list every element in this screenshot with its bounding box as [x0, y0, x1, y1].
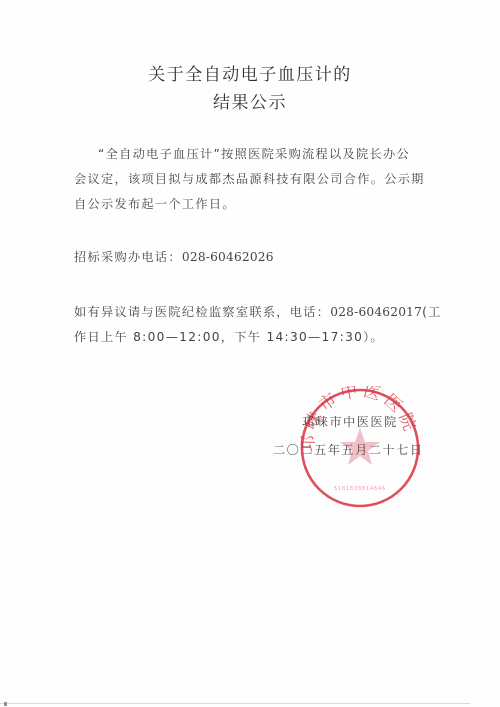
phone-label: 招标采购办电话：	[74, 250, 182, 264]
signature-date: 二〇二五年五月二十七日	[273, 441, 424, 458]
phone-number: 028-60462026	[182, 250, 274, 264]
scan-mark	[4, 702, 7, 706]
paragraph-procurement-phone: 招标采购办电话：028-60462026	[74, 245, 436, 270]
document-page: 关于全自动电子血压计的 结果公示 “全自动电子血压计”按照医院采购流程以及院长办…	[0, 0, 500, 707]
document-title-line2: 结果公示	[0, 88, 500, 113]
page-bottom-edge	[0, 703, 470, 704]
paragraph-line: 自公示发布起一个工作日。	[74, 192, 436, 217]
contact-text: 如有异议请与医院纪检监察室联系，电话：	[74, 305, 330, 319]
phone-number: 028-60462017	[330, 305, 422, 319]
paragraph-line: 会议定，该项目拟与成都杰品源科技有限公司合作。公示期	[74, 167, 436, 192]
paragraph-line: 招标采购办电话：028-60462026	[74, 245, 436, 270]
document-title-line1: 关于全自动电子血压计的	[0, 60, 500, 85]
svg-text:5101830014646: 5101830014646	[334, 486, 386, 492]
paragraph-announcement: “全自动电子血压计”按照医院采购流程以及院长办公 会议定，该项目拟与成都杰品源科…	[74, 142, 436, 217]
paragraph-line: “全自动电子血压计”按照医院采购流程以及院长办公	[74, 142, 436, 167]
contact-tail: (工	[422, 305, 442, 319]
paragraph-line: 作日上午 8:00—12:00，下午 14:30—17:30）。	[74, 325, 436, 350]
signature-organization: 邛崃市中医医院	[302, 413, 398, 430]
paragraph-objection-contact: 如有异议请与医院纪检监察室联系，电话：028-60462017(工 作日上午 8…	[74, 300, 436, 350]
paragraph-line: 如有异议请与医院纪检监察室联系，电话：028-60462017(工	[74, 300, 436, 325]
